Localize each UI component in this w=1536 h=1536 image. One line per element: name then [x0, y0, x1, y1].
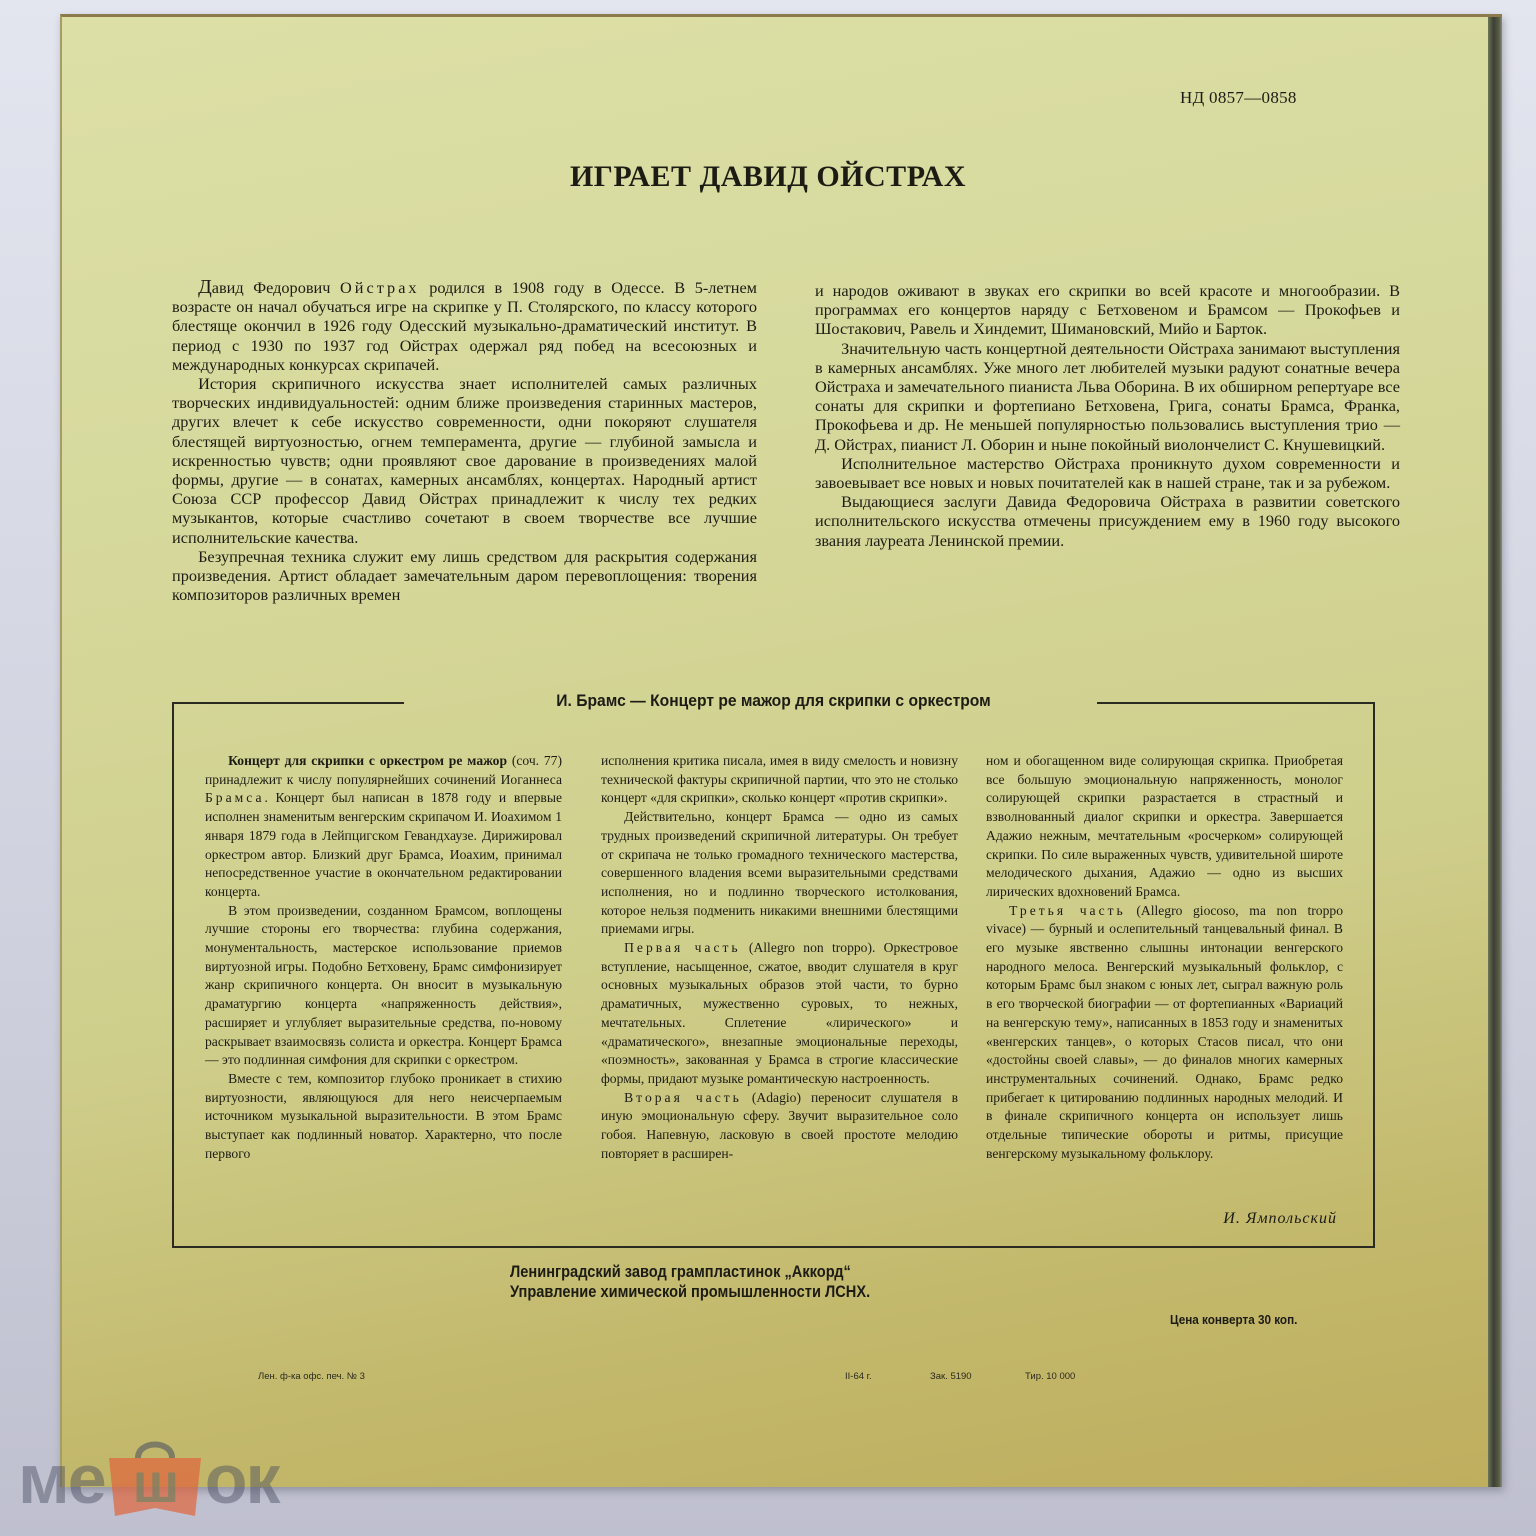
paragraph: Безупречная техника служит ему лишь сред…	[172, 547, 757, 605]
imprint-print-run: Тир. 10 000	[1025, 1371, 1075, 1382]
paragraph: Давид Федорович Ойстрах родился в 1908 г…	[172, 278, 757, 374]
publisher-line-2: Управление химической промышленности ЛСН…	[510, 1282, 870, 1302]
site-watermark: мешок	[18, 1444, 279, 1514]
imprint-date: II-64 г.	[845, 1371, 872, 1382]
biography-right-column: и народов оживают в звуках его скрипки в…	[815, 281, 1400, 550]
paragraph: Вторая часть (Adagio) переносит слушател…	[601, 1089, 958, 1164]
watermark-text-start: ме	[18, 1440, 105, 1518]
paragraph: В этом произведении, созданном Брамсом, …	[205, 902, 562, 1070]
paragraph: История скрипичного искусства знает испо…	[172, 374, 757, 547]
liner-notes-box: И. Брамс — Концерт ре мажор для скрипки …	[172, 702, 1375, 1248]
liner-notes-title: И. Брамс — Концерт ре мажор для скрипки …	[222, 691, 1325, 711]
paragraph: Значительную часть концертной деятельнос…	[815, 339, 1400, 454]
svg-text:ш: ш	[132, 1451, 177, 1514]
sleeve-spine-edge	[1488, 17, 1502, 1487]
paragraph: исполнения критика писала, имея в виду с…	[601, 752, 958, 808]
paragraph: и народов оживают в звуках его скрипки в…	[815, 281, 1400, 339]
box-bottom-rule	[172, 1246, 1375, 1248]
catalog-number: НД 0857—0858	[1180, 88, 1297, 108]
sleeve-title: ИГРАЕТ ДАВИД ОЙСТРАХ	[0, 160, 1536, 194]
biography-left-column: Давид Федорович Ойстрах родился в 1908 г…	[172, 278, 757, 604]
paragraph: Выдающиеся заслуги Давида Федоровича Ойс…	[815, 492, 1400, 550]
paragraph: Третья часть (Allegro giocoso, ma non tr…	[986, 902, 1343, 1164]
sleeve-price: Цена конверта 30 коп.	[1170, 1312, 1297, 1327]
paragraph: Вместе с тем, композитор глубоко проника…	[205, 1070, 562, 1164]
liner-notes-column-2: исполнения критика писала, имея в виду с…	[601, 752, 958, 1163]
paragraph: Исполнительное мастерство Ойстраха прони…	[815, 454, 1400, 492]
liner-notes-column-3: ном и обогащенном виде солирующая скрипк…	[986, 752, 1343, 1163]
publisher-line-1: Ленинградский завод грампластинок „Аккор…	[510, 1262, 870, 1282]
shopping-bag-icon: ш	[105, 1438, 205, 1514]
liner-notes-column-1: Концерт для скрипки с оркестром ре мажор…	[205, 752, 562, 1163]
imprint-order: Зак. 5190	[930, 1371, 972, 1382]
paragraph: Действительно, концерт Брамса — одно из …	[601, 808, 958, 939]
notes-author: И. Ямпольский	[1223, 1210, 1337, 1228]
paragraph: Первая часть (Allegro non troppo). Оркес…	[601, 939, 958, 1089]
paragraph: ном и обогащенном виде солирующая скрипк…	[986, 752, 1343, 902]
paragraph: Концерт для скрипки с оркестром ре мажор…	[205, 752, 562, 902]
watermark-text-end: ок	[205, 1440, 279, 1518]
publisher-block: Ленинградский завод грампластинок „Аккор…	[510, 1262, 870, 1302]
imprint-printer: Лен. ф-ка офс. печ. № 3	[258, 1371, 365, 1382]
